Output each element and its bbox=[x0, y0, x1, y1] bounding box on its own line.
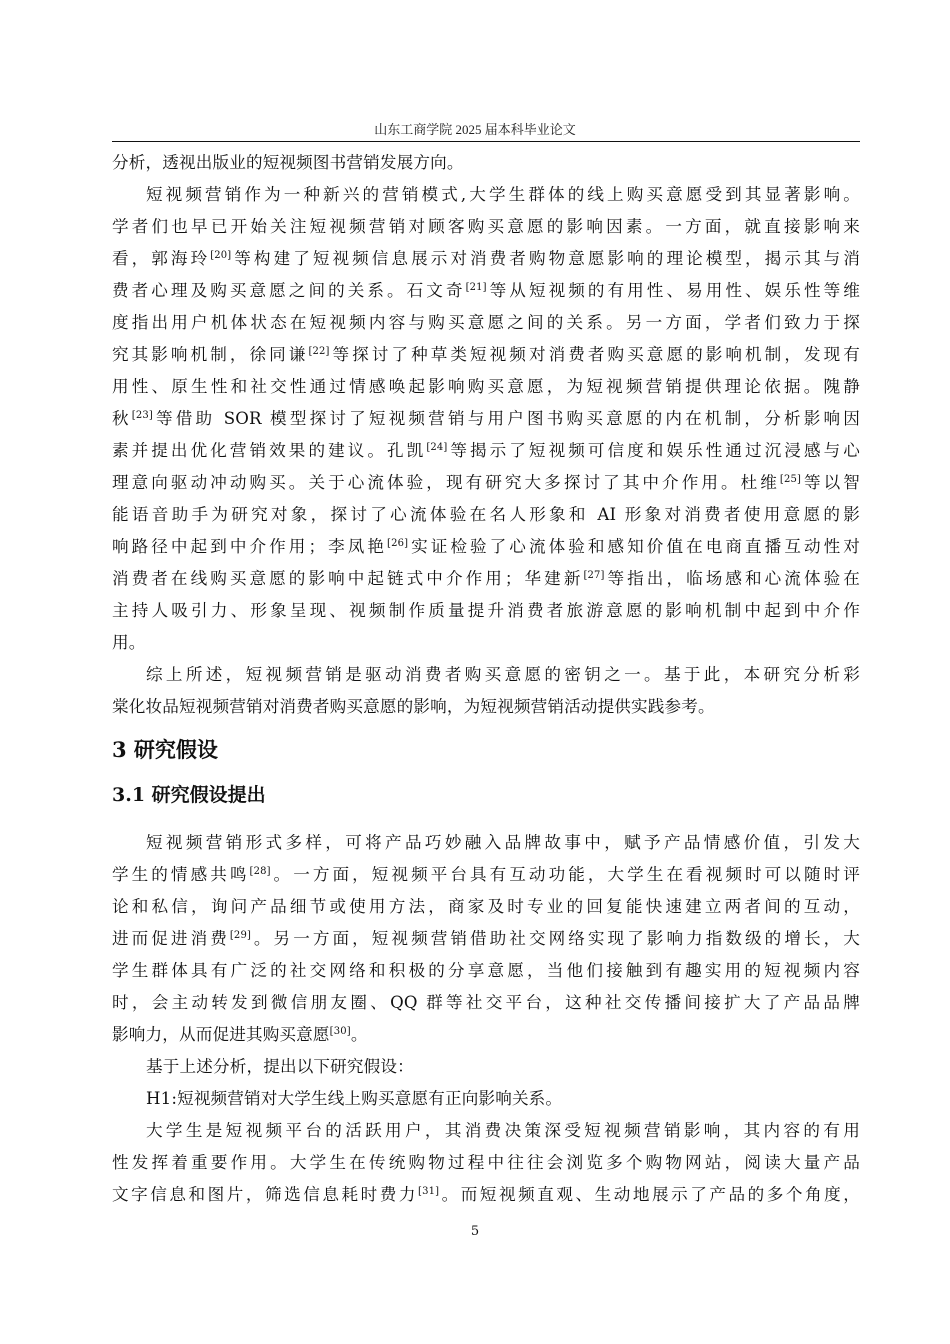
text-line: 进而促进消费[29]。另一方面，短视频营销借助社交网络实现了影响力指数级的增长，… bbox=[112, 928, 860, 950]
citation-ref: [29] bbox=[230, 930, 251, 941]
text-line: 响路径中起到中介作用；李凤艳[26]实证检验了心流体验和感知价值在电商直播互动性… bbox=[112, 536, 860, 558]
text-line: 能语音助手为研究对象，探讨了心流体验在名人形象和 AI 形象对消费者使用意愿的影 bbox=[112, 504, 860, 526]
citation-ref: [25] bbox=[780, 474, 801, 485]
text-line: H1:短视频营销对大学生线上购买意愿有正向影响关系。 bbox=[112, 1088, 860, 1110]
citation-ref: [30] bbox=[330, 1026, 351, 1037]
citation-ref: [22] bbox=[308, 346, 329, 357]
text-line: 素并提出优化营销效果的建议。孔凯[24]等揭示了短视频可信度和娱乐性通过沉浸感与… bbox=[112, 440, 860, 462]
running-header: 山东工商学院 2025 届本科毕业论文 bbox=[0, 119, 950, 138]
page-number: 5 bbox=[0, 1224, 950, 1239]
header-rule bbox=[112, 141, 860, 142]
text-line: 短视频营销形式多样，可将产品巧妙融入品牌故事中，赋予产品情感价值，引发大 bbox=[112, 832, 860, 854]
text-line: 用。 bbox=[112, 632, 860, 654]
text-line: 分析，透视出版业的短视频图书营销发展方向。 bbox=[112, 152, 860, 174]
citation-ref: [21] bbox=[466, 282, 487, 293]
text-line: 秋[23]等借助 SOR 模型探讨了短视频营销与用户图书购买意愿的内在机制，分析… bbox=[112, 408, 860, 430]
text-line: 性发挥着重要作用。大学生在传统购物过程中往往会浏览多个购物网站，阅读大量产品 bbox=[112, 1152, 860, 1174]
text-line: 文字信息和图片，筛选信息耗时费力[31]。而短视频直观、生动地展示了产品的多个角… bbox=[112, 1184, 860, 1206]
text-line: 学生群体具有广泛的社交网络和积极的分享意愿，当他们接触到有趣实用的短视频内容 bbox=[112, 960, 860, 982]
section-heading: 3 研究假设 bbox=[112, 734, 218, 764]
citation-ref: [24] bbox=[426, 442, 447, 453]
text-line: 棠化妆品短视频营销对消费者购买意愿的影响，为短视频营销活动提供实践参考。 bbox=[112, 696, 860, 718]
text-line: 费者心理及购买意愿之间的关系。石文奇[21]等从短视频的有用性、易用性、娱乐性等… bbox=[112, 280, 860, 302]
text-line: 学者们也早已开始关注短视频营销对顾客购买意愿的影响因素。一方面，就直接影响来 bbox=[112, 216, 860, 238]
text-line: 时，会主动转发到微信朋友圈、QQ 群等社交平台，这种社交传播间接扩大了产品品牌 bbox=[112, 992, 860, 1014]
text-line: 究其影响机制，徐同谦[22]等探讨了种草类短视频对消费者购买意愿的影响机制，发现… bbox=[112, 344, 860, 366]
citation-ref: [31] bbox=[418, 1186, 439, 1197]
text-line: 理意向驱动冲动购买。关于心流体验，现有研究大多探讨了其中介作用。杜维[25]等以… bbox=[112, 472, 860, 494]
text-line: 度指出用户机体状态在短视频内容与购买意愿之间的关系。另一方面，学者们致力于探 bbox=[112, 312, 860, 334]
citation-ref: [23] bbox=[132, 410, 153, 421]
text-line: 大学生是短视频平台的活跃用户，其消费决策深受短视频营销影响，其内容的有用 bbox=[112, 1120, 860, 1142]
citation-ref: [26] bbox=[387, 538, 408, 549]
citation-ref: [20] bbox=[210, 250, 231, 261]
text-line: 基于上述分析，提出以下研究假设： bbox=[112, 1056, 860, 1078]
text-line: 论和私信，询问产品细节或使用方法，商家及时专业的回复能快速建立两者间的互动， bbox=[112, 896, 860, 918]
text-line: 学生的情感共鸣[28]。一方面，短视频平台具有互动功能，大学生在看视频时可以随时… bbox=[112, 864, 860, 886]
text-line: 主持人吸引力、形象呈现、视频制作质量提升消费者旅游意愿的影响机制中起到中介作 bbox=[112, 600, 860, 622]
document-page: 山东工商学院 2025 届本科毕业论文 分析，透视出版业的短视频图书营销发展方向… bbox=[0, 0, 950, 1344]
citation-ref: [27] bbox=[583, 570, 604, 581]
text-line: 影响力，从而促进其购买意愿[30]。 bbox=[112, 1024, 860, 1046]
text-line: 消费者在线购买意愿的影响中起链式中介作用；华建新[27]等指出，临场感和心流体验… bbox=[112, 568, 860, 590]
text-line: 短视频营销作为一种新兴的营销模式,大学生群体的线上购买意愿受到其显著影响。 bbox=[112, 184, 860, 206]
text-line: 用性、原生性和社交性通过情感唤起影响购买意愿，为短视频营销提供理论依据。隗静 bbox=[112, 376, 860, 398]
text-line: 综上所述，短视频营销是驱动消费者购买意愿的密钥之一。基于此，本研究分析彩 bbox=[112, 664, 860, 686]
subsection-heading: 3.1 研究假设提出 bbox=[112, 780, 266, 807]
citation-ref: [28] bbox=[250, 866, 271, 877]
text-line: 看，郭海玲[20]等构建了短视频信息展示对消费者购物意愿影响的理论模型，揭示其与… bbox=[112, 248, 860, 270]
